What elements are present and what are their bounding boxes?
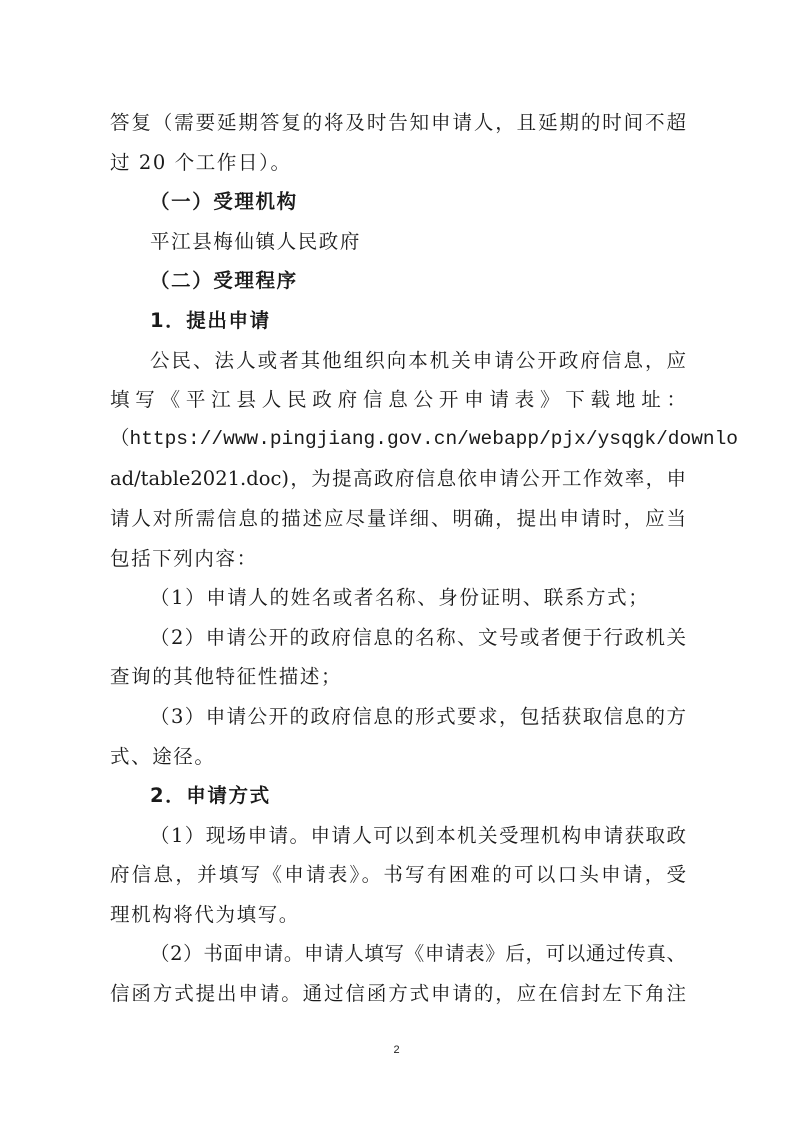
text-line: 府信息，并填写《申请表》。书写有困难的可以口头申请，受 — [110, 855, 686, 895]
text-line: 理机构将代为填写。 — [110, 895, 686, 935]
text-line: （1）现场申请。申请人可以到本机关受理机构申请获取政 — [110, 816, 686, 856]
text-line: （2）书面申请。申请人填写《申请表》后，可以通过传真、 — [110, 934, 686, 974]
text-line: 平江县梅仙镇人民政府 — [110, 222, 686, 262]
text-line: ad/table2021.doc)，为提高政府信息依申请公开工作效率，申 — [110, 459, 686, 499]
text-line: 填写《平江县人民政府信息公开申请表》下载地址： — [110, 380, 686, 420]
text-line: 公民、法人或者其他组织向本机关申请公开政府信息，应 — [110, 341, 686, 381]
section-heading: （一）受理机构 — [110, 182, 686, 222]
text-line: （https://www.pingjiang.gov.cn/webapp/pjx… — [110, 420, 686, 460]
text-line: 答复（需要延期答复的将及时告知申请人，且延期的时间不超 — [110, 103, 686, 143]
text-line: （3）申请公开的政府信息的形式要求，包括获取信息的方 — [110, 697, 686, 737]
text-line: 式、途径。 — [110, 737, 686, 777]
document-page: 答复（需要延期答复的将及时告知申请人，且延期的时间不超过 20 个工作日）。（一… — [110, 103, 686, 1014]
text-line: 请人对所需信息的描述应尽量详细、明确，提出申请时，应当 — [110, 499, 686, 539]
text-line: 包括下列内容： — [110, 539, 686, 579]
text-line: 信函方式提出申请。通过信函方式申请的，应在信封左下角注 — [110, 974, 686, 1014]
section-heading: （二）受理程序 — [110, 261, 686, 301]
page-number: 2 — [0, 1044, 793, 1056]
text-line: （2）申请公开的政府信息的名称、文号或者便于行政机关 — [110, 618, 686, 658]
section-heading: 1．提出申请 — [110, 301, 686, 341]
text-line: （1）申请人的姓名或者名称、身份证明、联系方式； — [110, 578, 686, 618]
text-line: 查询的其他特征性描述； — [110, 657, 686, 697]
section-heading: 2．申请方式 — [110, 776, 686, 816]
text-line: 过 20 个工作日）。 — [110, 143, 686, 183]
